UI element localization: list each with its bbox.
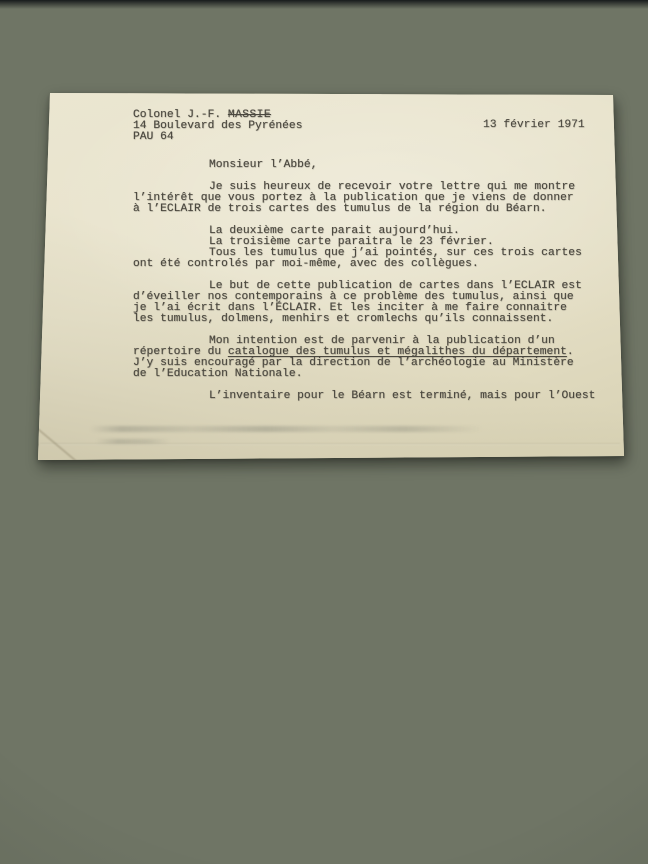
letter-text: Colonel J.-F. MASSIE 14 Boulevard des Py… [133,90,603,402]
paragraph-5: L’inventaire pour le Béarn est terminé, … [133,391,603,402]
paragraph-4: Mon intention est de parvenir à la publi… [133,336,603,380]
letter-line: les tumulus, dolmens, menhirs et cromlec… [133,314,603,325]
paragraph-2: La deuxième carte parait aujourd’hui. La… [133,226,603,270]
sender-city: PAU 64 [133,132,603,143]
letter-line: L’inventaire pour le Béarn est terminé, … [133,391,603,402]
letter-line: de l’Education Nationale. [133,369,603,380]
ink-showthrough-mark [90,426,482,432]
letter-photograph: 13 février 1971 Colonel J.-F. MASSIE 14 … [36,90,628,464]
letter-line: à l’ECLAIR de trois cartes des tumulus d… [133,204,603,215]
fold-crease [40,443,620,445]
corner-crease [38,428,79,463]
paragraph-1: Je suis heureux de recevoir votre lettre… [133,182,603,215]
letter-line: ont été controlés par moi-même, avec des… [133,259,603,270]
photo-top-dark-edge [0,0,648,9]
salutation: Monsieur l’Abbé, [133,160,603,171]
paragraph-3: Le but de cette publication de cartes da… [133,281,603,325]
letter-paper: 13 février 1971 Colonel J.-F. MASSIE 14 … [36,90,628,464]
sender-street: 14 Boulevard des Pyrénées [133,121,603,132]
sender-block: Colonel J.-F. MASSIE 14 Boulevard des Py… [133,110,603,143]
photo-background: 13 février 1971 Colonel J.-F. MASSIE 14 … [0,0,648,864]
